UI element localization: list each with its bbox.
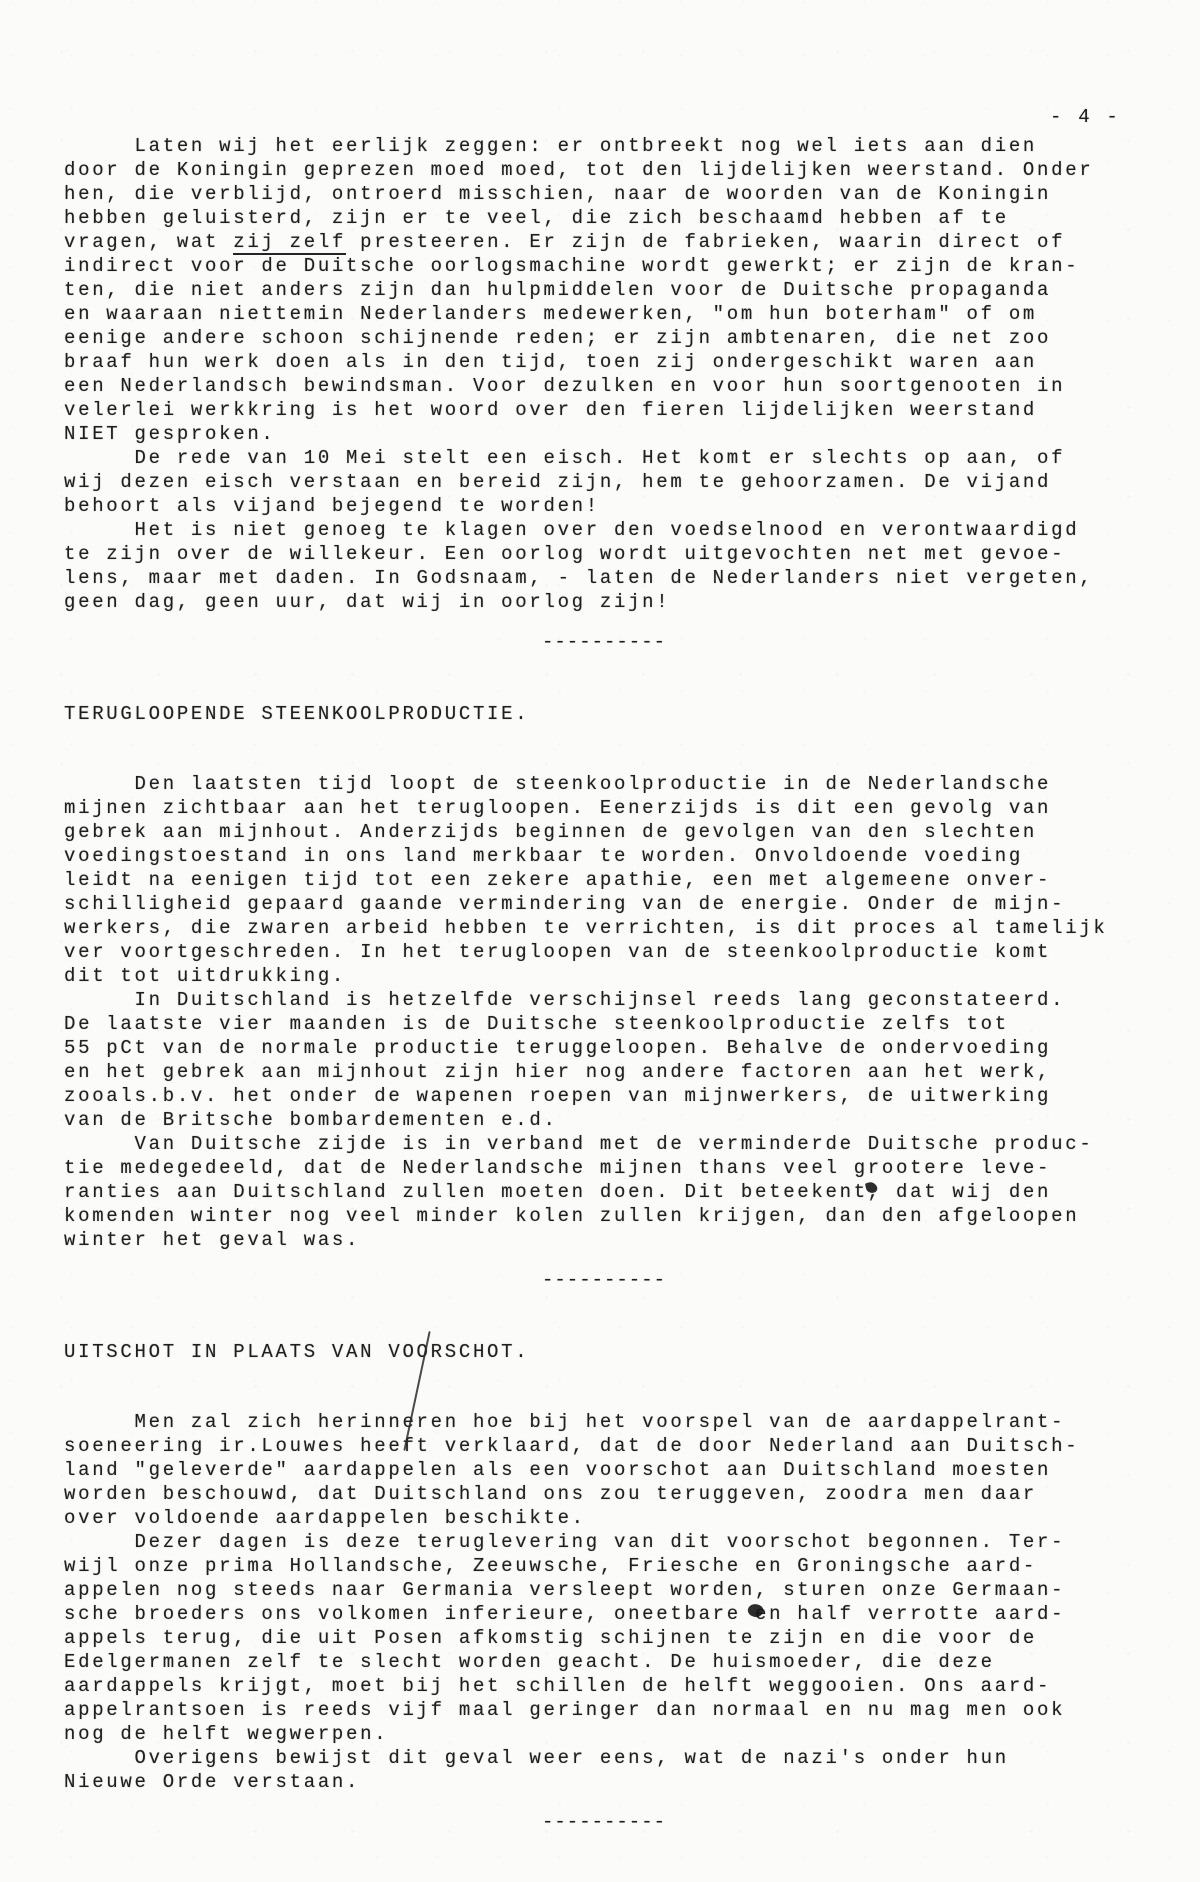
text-line: appels terug, die uit Posen afkomstig sc… [64, 1626, 1144, 1650]
text-line: land "geleverde" aardappelen als een voo… [64, 1458, 1144, 1482]
text-line: ranties aan Duitschland zullen moeten do… [64, 1180, 1144, 1204]
document-section: UITSCHOT IN PLAATS VAN VOORSCHOT. Men za… [64, 1318, 1144, 1860]
text-line: De rede van 10 Mei stelt een eisch. Het … [64, 446, 1144, 470]
document-section: TERUGLOOPENDE STEENKOOLPRODUCTIE. Den la… [64, 680, 1144, 1318]
text-line: dit tot uitdrukking. [64, 964, 1144, 988]
text-line: appelrantsoen is reeds vijf maal geringe… [64, 1698, 1144, 1722]
text-line: In Duitschland is hetzelfde verschijnsel… [64, 988, 1144, 1012]
text-line: schilligheid gepaard gaande vermindering… [64, 892, 1144, 916]
text-line: leidt na eenigen tijd tot een zekere apa… [64, 868, 1144, 892]
text-line: Dezer dagen is deze teruglevering van di… [64, 1530, 1144, 1554]
text-line: nog de helft wegwerpen. [64, 1722, 1144, 1746]
text-line: wijl onze prima Hollandsche, Zeeuwsche, … [64, 1554, 1144, 1578]
text-line: van de Britsche bombardementen e.d. [64, 1108, 1144, 1132]
text-line: eenige andere schoon schijnende reden; e… [64, 326, 1144, 350]
text-line: indirect voor de Duitsche oorlogsmachine… [64, 254, 1144, 278]
page-number: - 4 - [1050, 106, 1121, 128]
text-line: NIET gesproken. [64, 422, 1144, 446]
document-section: Laten wij het eerlijk zeggen: er ontbree… [64, 134, 1144, 680]
text-line: Men zal zich herinneren hoe bij het voor… [64, 1410, 1144, 1434]
text-line: hen, die verblijd, ontroerd misschien, n… [64, 182, 1144, 206]
text-line: door de Koningin geprezen moed moed, tot… [64, 158, 1144, 182]
text-line: komenden winter nog veel minder kolen zu… [64, 1204, 1144, 1228]
text-line: werkers, die zwaren arbeid hebben te ver… [64, 916, 1144, 940]
text-line: geen dag, geen uur, dat wij in oorlog zi… [64, 590, 1144, 614]
text-line: zooals.b.v. het onder de wapenen roepen … [64, 1084, 1144, 1108]
text-line: De laatste vier maanden is de Duitsche s… [64, 1012, 1144, 1036]
text-line: Den laatsten tijd loopt de steenkoolprod… [64, 772, 1144, 796]
section-heading: UITSCHOT IN PLAATS VAN VOORSCHOT. [64, 1340, 1144, 1364]
text-line: voedingstoestand in ons land merkbaar te… [64, 844, 1144, 868]
text-line: gebrek aan mijnhout. Anderzijds beginnen… [64, 820, 1144, 844]
text-line: over voldoende aardappelen beschikte. [64, 1506, 1144, 1530]
section-separator: ---------- [64, 1268, 1144, 1292]
text-line: velerlei werkkring is het woord over den… [64, 398, 1144, 422]
text-line: wij dezen eisch verstaan en bereid zijn,… [64, 470, 1144, 494]
section-separator: ---------- [64, 630, 1144, 654]
text-line: Van Duitsche zijde is in verband met de … [64, 1132, 1144, 1156]
text-line: ten, die niet anders zijn dan hulpmiddel… [64, 278, 1144, 302]
text-line: hebben geluisterd, zijn er te veel, die … [64, 206, 1144, 230]
text-line: tie medegedeeld, dat de Nederlandsche mi… [64, 1156, 1144, 1180]
scanned-document-page: - 4 - Laten wij het eerlijk zeggen: er o… [0, 0, 1200, 1882]
text-line: mijnen zichtbaar aan het terugloopen. Ee… [64, 796, 1144, 820]
text-line: ver voortgeschreden. In het terugloopen … [64, 940, 1144, 964]
text-line: worden beschouwd, dat Duitschland ons zo… [64, 1482, 1144, 1506]
text-line: sche broeders ons volkomen inferieure, o… [64, 1602, 1144, 1626]
section-heading: TERUGLOOPENDE STEENKOOLPRODUCTIE. [64, 702, 1144, 726]
text-line: en waaraan niettemin Nederlanders medewe… [64, 302, 1144, 326]
section-separator: ---------- [64, 1810, 1144, 1834]
text-line: en het gebrek aan mijnhout zijn hier nog… [64, 1060, 1144, 1084]
text-line: behoort als vijand bejegend te worden! [64, 494, 1144, 518]
text-line: te zijn over de willekeur. Een oorlog wo… [64, 542, 1144, 566]
text-line: 55 pCt van de normale productie teruggel… [64, 1036, 1144, 1060]
text-line: Overigens bewijst dit geval weer eens, w… [64, 1746, 1144, 1770]
text-line: appelen nog steeds naar Germania verslee… [64, 1578, 1144, 1602]
document-body: Laten wij het eerlijk zeggen: er ontbree… [64, 134, 1144, 1860]
text-line: winter het geval was. [64, 1228, 1144, 1252]
text-line: soeneering ir.Louwes heeft verklaard, da… [64, 1434, 1144, 1458]
text-line: een Nederlandsch bewindsman. Voor dezulk… [64, 374, 1144, 398]
text-line: Nieuwe Orde verstaan. [64, 1770, 1144, 1794]
text-line: lens, maar met daden. In Godsnaam, - lat… [64, 566, 1144, 590]
text-line: Edelgermanen zelf te slecht worden geach… [64, 1650, 1144, 1674]
text-line: aardappels krijgt, moet bij het schillen… [64, 1674, 1144, 1698]
text-line: vragen, wat zij zelf presteeren. Er zijn… [64, 230, 1144, 254]
text-line: Het is niet genoeg te klagen over den vo… [64, 518, 1144, 542]
text-line: Laten wij het eerlijk zeggen: er ontbree… [64, 134, 1144, 158]
text-line: braaf hun werk doen als in den tijd, toe… [64, 350, 1144, 374]
